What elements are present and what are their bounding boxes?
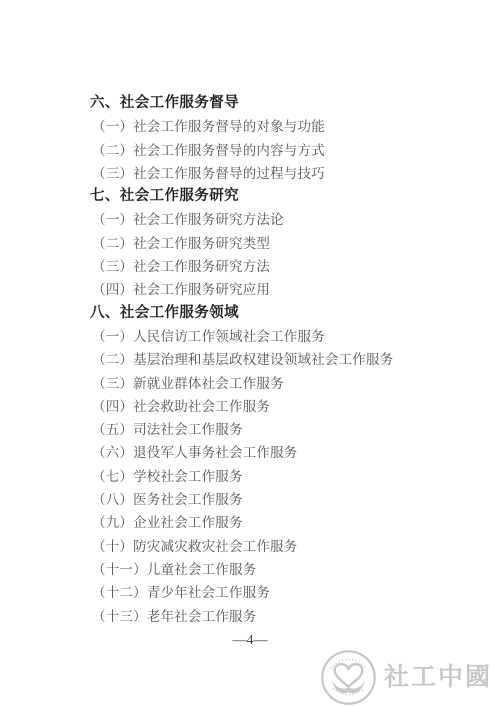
toc-item: （三）社会工作服务督导的过程与技巧 bbox=[90, 162, 470, 185]
toc-item: （六）退役军人事务社会工作服务 bbox=[90, 441, 470, 464]
toc-item: （十）防灾减灾救灾社会工作服务 bbox=[90, 535, 470, 558]
toc-item: （九）企业社会工作服务 bbox=[90, 511, 470, 534]
toc-item: （三）社会工作服务研究方法 bbox=[90, 255, 470, 278]
toc: 六、社会工作服务督导（一）社会工作服务督导的对象与功能（二）社会工作服务督导的内… bbox=[90, 92, 470, 628]
document-page: 六、社会工作服务督导（一）社会工作服务督导的对象与功能（二）社会工作服务督导的内… bbox=[0, 0, 500, 707]
toc-item: （二）基层治理和基层政权建设领域社会工作服务 bbox=[90, 348, 470, 371]
toc-item: （四）社会救助社会工作服务 bbox=[90, 395, 470, 418]
toc-item: （十三）老年社会工作服务 bbox=[90, 605, 470, 628]
toc-item: （七）学校社会工作服务 bbox=[90, 465, 470, 488]
toc-item: （五）司法社会工作服务 bbox=[90, 418, 470, 441]
toc-item: （一）社会工作服务督导的对象与功能 bbox=[90, 115, 470, 138]
toc-item: （十一）儿童社会工作服务 bbox=[90, 558, 470, 581]
toc-item: （三）新就业群体社会工作服务 bbox=[90, 372, 470, 395]
watermark-text: 社工中國 bbox=[384, 649, 492, 706]
toc-item: （八）医务社会工作服务 bbox=[90, 488, 470, 511]
toc-heading: 六、社会工作服务督导 bbox=[90, 92, 470, 115]
toc-item: （十二）青少年社会工作服务 bbox=[90, 581, 470, 604]
toc-item: （二）社会工作服务研究类型 bbox=[90, 232, 470, 255]
page-number: —4— bbox=[0, 631, 500, 651]
toc-heading: 七、社会工作服务研究 bbox=[90, 185, 470, 208]
toc-item: （四）社会工作服务研究应用 bbox=[90, 278, 470, 301]
watermark: 社工中國 bbox=[320, 649, 492, 706]
toc-item: （一）人民信访工作领域社会工作服务 bbox=[90, 325, 470, 348]
toc-item: （二）社会工作服务督导的内容与方式 bbox=[90, 139, 470, 162]
toc-heading: 八、社会工作服务领域 bbox=[90, 302, 470, 325]
toc-item: （一）社会工作服务研究方法论 bbox=[90, 208, 470, 231]
heart-in-hands-logo-icon bbox=[320, 649, 377, 706]
